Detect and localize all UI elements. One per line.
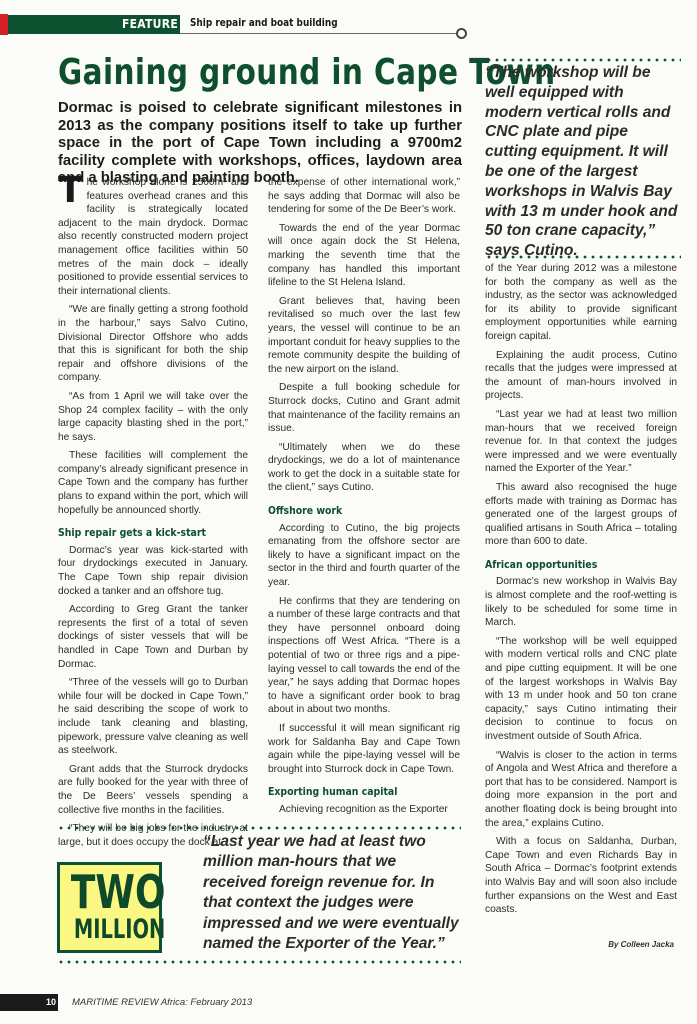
paragraph: “Ultimately when we do these drydockings… xyxy=(268,441,460,495)
highlight-box-line1: TWO xyxy=(71,869,148,915)
paragraph: “As from 1 April we will take over the S… xyxy=(58,390,248,444)
paragraph: Towards the end of the year Dormac will … xyxy=(268,222,460,290)
subheading: Ship repair gets a kick-start xyxy=(58,526,220,540)
paragraph: These facilities will complement the com… xyxy=(58,449,248,517)
header-rule-end-circle-icon xyxy=(456,28,467,39)
drop-cap: T xyxy=(58,177,83,204)
page-number: 10 xyxy=(34,995,56,1010)
publication-name: MARITIME REVIEW Africa: February 2013 xyxy=(72,997,252,1008)
paragraph: “The workshop will be well equipped with… xyxy=(485,635,677,744)
paragraph: This award also recognised the huge effo… xyxy=(485,481,677,549)
article-title: Gaining ground in Cape Town xyxy=(58,52,556,93)
paragraph: The workshop alone is 2500m² and feature… xyxy=(58,176,248,298)
subheading: Exporting human capital xyxy=(268,785,431,799)
byline: By Colleen Jacka xyxy=(560,940,674,949)
article-column-1: The workshop alone is 2500m² and feature… xyxy=(58,176,248,854)
paragraph: the expense of other international work,… xyxy=(268,176,460,217)
paragraph: Grant believes that, having been revital… xyxy=(268,295,460,377)
highlight-box-line2: MILLION xyxy=(74,915,145,945)
paragraph: “Walvis is closer to the action in terms… xyxy=(485,749,677,831)
section-header-accent xyxy=(0,14,8,35)
paragraph: According to Cutino, the big projects em… xyxy=(268,522,460,590)
dotted-rule xyxy=(485,58,681,62)
section-label: FEATURE xyxy=(120,15,180,34)
paragraph: “Last year we had at least two million m… xyxy=(485,408,677,476)
paragraph: Dormac’s year was kick-started with four… xyxy=(58,544,248,598)
dotted-rule xyxy=(57,826,461,830)
paragraph: According to Greg Grant the tanker repre… xyxy=(58,603,248,671)
paragraph: of the Year during 2012 was a milestone … xyxy=(485,262,677,344)
paragraph: Dormac’s new workshop in Walvis Bay is a… xyxy=(485,575,677,629)
paragraph: He confirms that they are tendering on a… xyxy=(268,595,460,717)
pull-quote-right: “The workshop will be well equipped with… xyxy=(485,63,680,261)
subheading: Offshore work xyxy=(268,504,431,518)
header-rule xyxy=(180,33,456,34)
paragraph: With a focus on Saldanha, Durban, Cape T… xyxy=(485,835,677,917)
subheading: African opportunities xyxy=(485,558,648,572)
pull-quote-bottom: “Last year we had at least two million m… xyxy=(203,832,459,954)
paragraph: “Three of the vessels will go to Durban … xyxy=(58,676,248,758)
highlight-box: TWO MILLION xyxy=(57,862,162,953)
subsection-label: Ship repair and boat building xyxy=(190,17,338,29)
paragraph: Achieving recognition as the Exporter xyxy=(268,803,460,817)
dotted-rule xyxy=(485,255,681,259)
paragraph: Explaining the audit process, Cutino rec… xyxy=(485,349,677,403)
paragraph: If successful it will mean significant r… xyxy=(268,722,460,776)
dotted-rule xyxy=(57,960,461,964)
article-standfirst: Dormac is poised to celebrate significan… xyxy=(58,100,462,188)
paragraph: “We are finally getting a strong foothol… xyxy=(58,303,248,385)
article-column-3: of the Year during 2012 was a milestone … xyxy=(485,262,677,922)
article-column-2: the expense of other international work,… xyxy=(268,176,460,822)
paragraph: Despite a full booking schedule for Stur… xyxy=(268,381,460,435)
paragraph: Grant adds that the Sturrock drydocks ar… xyxy=(58,763,248,817)
